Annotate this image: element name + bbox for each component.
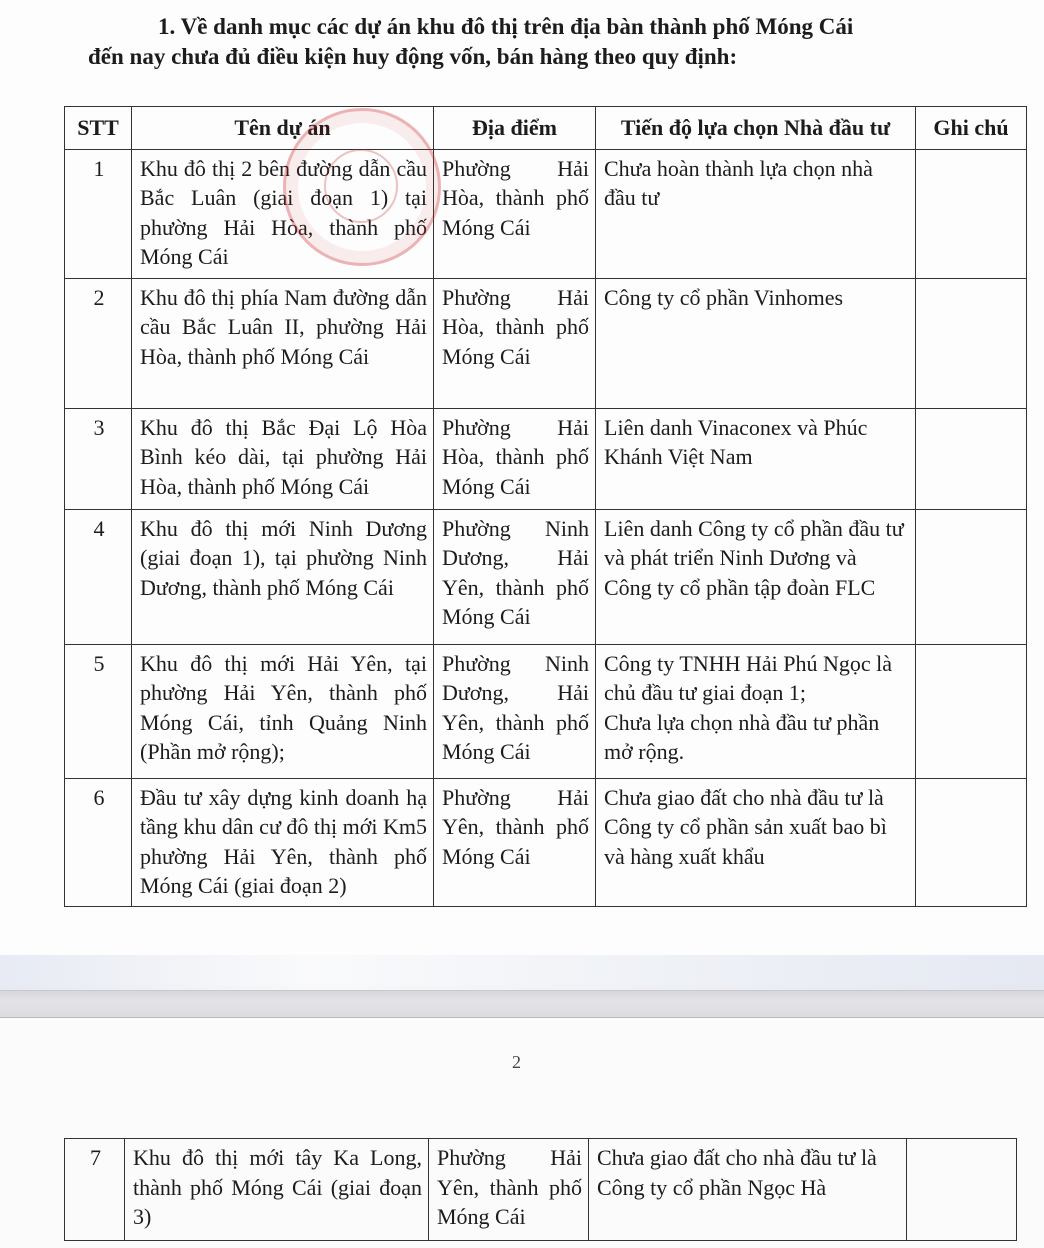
cell-note — [916, 778, 1027, 906]
page-number: 2 — [512, 1052, 521, 1073]
cell-location: Phường Hải Yên, thành phố Móng Cái — [429, 1139, 589, 1241]
table-row: 5 Khu đô thị mới Hải Yên, tại phường Hải… — [65, 644, 1027, 778]
progress-line-1: Công ty TNHH Hải Phú Ngọc là chủ đầu tư … — [604, 649, 909, 708]
cell-stt: 4 — [65, 509, 132, 644]
cell-project-name: Khu đô thị mới tây Ka Long, thành phố Mó… — [125, 1139, 429, 1241]
cell-note — [916, 644, 1027, 778]
cell-location: Phường Hải Hòa, thành phố Móng Cái — [434, 149, 596, 278]
table-row: 6 Đầu tư xây dựng kinh doanh hạ tầng khu… — [65, 778, 1027, 906]
header-location: Địa điểm — [434, 107, 596, 150]
table-row: 3 Khu đô thị Bắc Đại Lộ Hòa Bình kéo dài… — [65, 408, 1027, 509]
cell-progress: Công ty TNHH Hải Phú Ngọc là chủ đầu tư … — [596, 644, 916, 778]
cell-stt: 5 — [65, 644, 132, 778]
cell-progress: Chưa giao đất cho nhà đầu tư là Công ty … — [596, 778, 916, 906]
cell-location: Phường Ninh Dương, Hải Yên, thành phố Mó… — [434, 509, 596, 644]
cell-location: Phường Hải Yên, thành phố Móng Cái — [434, 778, 596, 906]
header-project-name: Tên dự án — [132, 107, 434, 150]
table-row: 7 Khu đô thị mới tây Ka Long, thành phố … — [65, 1139, 1017, 1241]
cell-project-name: Khu đô thị Bắc Đại Lộ Hòa Bình kéo dài, … — [132, 408, 434, 509]
cell-note — [916, 278, 1027, 408]
cell-location: Phường Ninh Dương, Hải Yên, thành phố Mó… — [434, 644, 596, 778]
cell-stt: 7 — [65, 1139, 125, 1241]
cell-progress: Công ty cổ phần Vinhomes — [596, 278, 916, 408]
cell-note — [907, 1139, 1017, 1241]
table-row: 2 Khu đô thị phía Nam đường dẫn cầu Bắc … — [65, 278, 1027, 408]
cell-location: Phường Hải Hòa, thành phố Móng Cái — [434, 408, 596, 509]
cell-progress: Liên danh Vinaconex và Phúc Khánh Việt N… — [596, 408, 916, 509]
header-investor-progress: Tiến độ lựa chọn Nhà đầu tư — [596, 107, 916, 150]
cell-note — [916, 149, 1027, 278]
progress-line-2: Chưa lựa chọn nhà đầu tư phần mở rộng. — [604, 708, 909, 767]
cell-note — [916, 408, 1027, 509]
header-stt: STT — [65, 107, 132, 150]
cell-progress: Chưa giao đất cho nhà đầu tư là Công ty … — [589, 1139, 907, 1241]
cell-stt: 6 — [65, 778, 132, 906]
projects-table: STT Tên dự án Địa điểm Tiến độ lựa chọn … — [64, 106, 1027, 907]
scan-shadow — [0, 955, 1044, 990]
cell-stt: 2 — [65, 278, 132, 408]
cell-project-name: Khu đô thị mới Ninh Dương (giai đoạn 1),… — [132, 509, 434, 644]
header-note: Ghi chú — [916, 107, 1027, 150]
cell-stt: 1 — [65, 149, 132, 278]
page-separator — [0, 990, 1044, 1018]
cell-stt: 3 — [65, 408, 132, 509]
cell-project-name: Khu đô thị mới Hải Yên, tại phường Hải Y… — [132, 644, 434, 778]
cell-project-name: Khu đô thị 2 bên đường dẫn cầu Bắc Luân … — [132, 149, 434, 278]
table-row: 4 Khu đô thị mới Ninh Dương (giai đoạn 1… — [65, 509, 1027, 644]
table-header-row: STT Tên dự án Địa điểm Tiến độ lựa chọn … — [65, 107, 1027, 150]
cell-project-name: Khu đô thị phía Nam đường dẫn cầu Bắc Lu… — [132, 278, 434, 408]
section-heading: 1. Về danh mục các dự án khu đô thị trên… — [88, 12, 988, 72]
cell-project-name: Đầu tư xây dựng kinh doanh hạ tầng khu d… — [132, 778, 434, 906]
projects-table-continued: 7 Khu đô thị mới tây Ka Long, thành phố … — [64, 1138, 1017, 1241]
heading-line-2: đến nay chưa đủ điều kiện huy động vốn, … — [88, 42, 988, 72]
cell-location: Phường Hải Hòa, thành phố Móng Cái — [434, 278, 596, 408]
cell-progress: Chưa hoàn thành lựa chọn nhà đầu tư — [596, 149, 916, 278]
cell-note — [916, 509, 1027, 644]
table-row: 1 Khu đô thị 2 bên đường dẫn cầu Bắc Luâ… — [65, 149, 1027, 278]
cell-progress: Liên danh Công ty cổ phần đầu tư và phát… — [596, 509, 916, 644]
heading-line-1: 1. Về danh mục các dự án khu đô thị trên… — [88, 12, 988, 42]
